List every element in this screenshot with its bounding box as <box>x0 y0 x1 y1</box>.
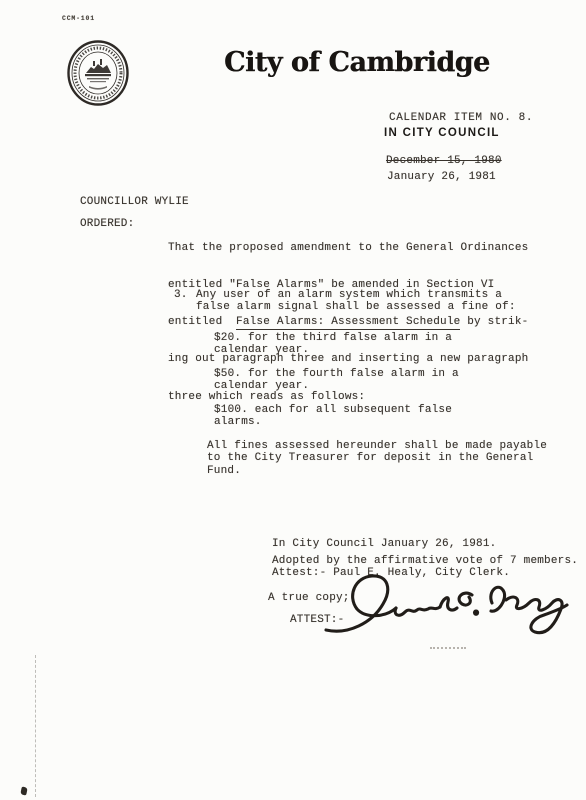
item3-number: 3. <box>174 289 188 301</box>
ordered-paragraph: That the proposed amendment to the Gener… <box>168 217 528 428</box>
city-seal-icon <box>66 39 130 107</box>
scanned-document-page: CCM-101 City of Cambridge CALENDAR ITEM … <box>0 0 586 800</box>
councillor-name: COUNCILLOR WYLIE <box>80 196 189 208</box>
calendar-item: CALENDAR ITEM NO. 8. <box>389 112 533 124</box>
item3-text: Any user of an alarm system which transm… <box>196 289 516 314</box>
adoption-line-2: Adopted by the affirmative vote of 7 mem… <box>272 555 578 567</box>
ordered-line-3-underlined-title: False Alarms: Assessment Schedule <box>236 316 460 330</box>
ordered-line-3: entitled False Alarms: Assessment Schedu… <box>168 316 528 328</box>
ordered-line-3-prefix: entitled <box>168 316 236 328</box>
ordered-line-1: That the proposed amendment to the Gener… <box>168 242 528 254</box>
page-title: City of Cambridge <box>224 48 490 78</box>
ordered-label: ORDERED: <box>80 218 134 230</box>
in-city-council-label: IN CITY COUNCIL <box>384 127 500 140</box>
scan-smudge <box>430 647 466 649</box>
ink-speck <box>20 786 28 795</box>
struck-date: December 15, 1980 <box>386 155 502 167</box>
council-date: January 26, 1981 <box>387 171 496 183</box>
binding-perforation-marks <box>35 655 36 797</box>
adoption-line-1: In City Council January 26, 1981. <box>272 538 496 550</box>
clerk-signature <box>322 568 572 648</box>
form-number: CCM-101 <box>62 15 95 22</box>
fine-item-50: $50. for the fourth false alarm in a cal… <box>214 368 459 393</box>
ordered-line-3-suffix: by strik- <box>460 316 528 328</box>
fine-item-20: $20. for the third false alarm in a cale… <box>214 332 452 357</box>
fine-item-100: $100. each for all subsequent false alar… <box>214 404 452 429</box>
payable-clause: All fines assessed hereunder shall be ma… <box>207 440 547 477</box>
